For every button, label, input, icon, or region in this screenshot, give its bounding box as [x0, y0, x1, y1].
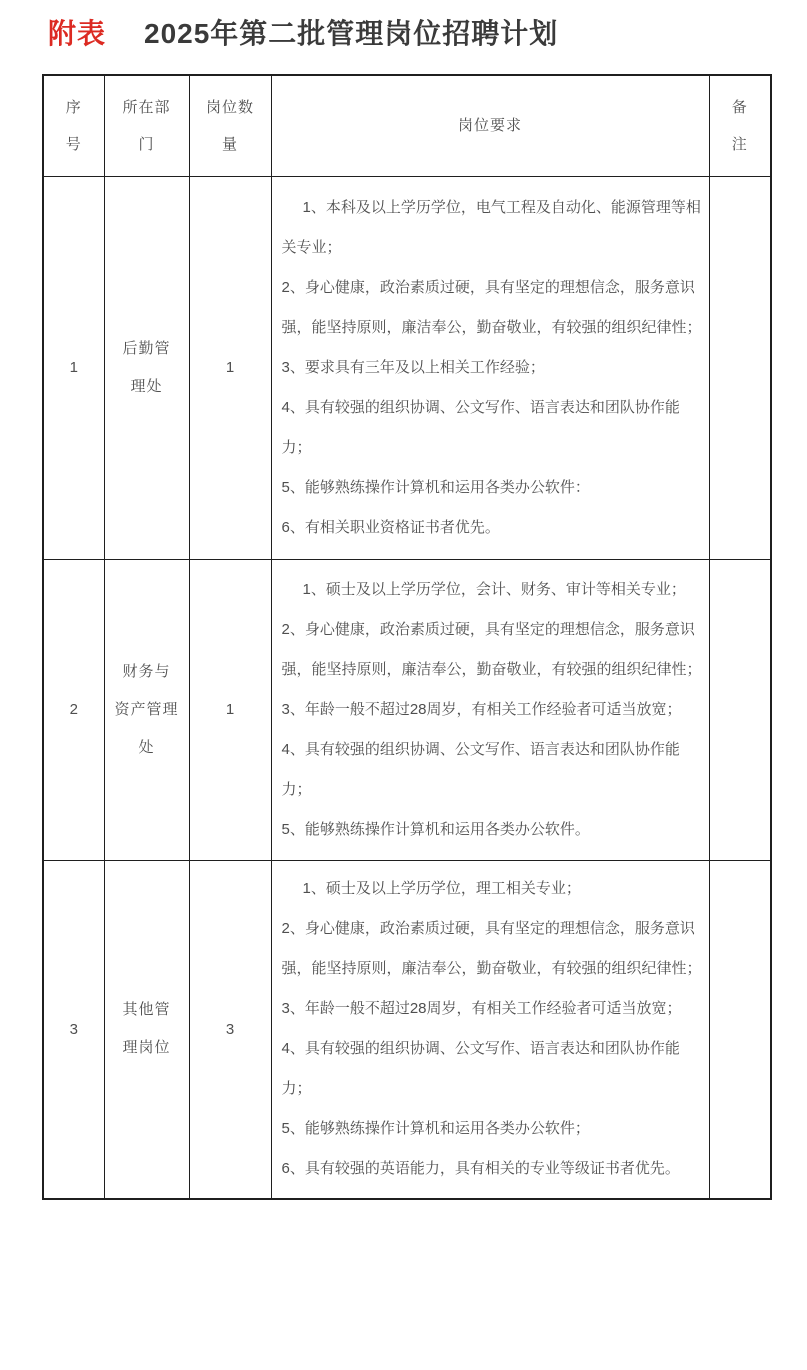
- position-count: 1: [189, 176, 271, 559]
- position-requirements: 1、硕士及以上学历学位，理工相关专业； 2、身心健康，政治素质过硬，具有坚定的理…: [271, 860, 709, 1199]
- table-row: 1 后勤管 理处 1 1、本科及以上学历学位，电气工程及自动化、能源管理等相关专…: [43, 176, 771, 559]
- requirement-item: 1、硕士及以上学历学位，会计、财务、审计等相关专业；: [282, 570, 705, 610]
- appendix-label: 附表: [48, 16, 106, 52]
- requirement-item: 2、身心健康，政治素质过硬，具有坚定的理想信念，服务意识强，能坚持原则，廉洁奉公…: [282, 909, 705, 989]
- position-requirements: 1、硕士及以上学历学位，会计、财务、审计等相关专业； 2、身心健康，政治素质过硬…: [271, 559, 709, 860]
- department-line: 后勤管: [105, 330, 189, 368]
- requirement-item: 4、具有较强的组织协调、公文写作、语言表达和团队协作能力；: [282, 730, 705, 810]
- col-header-serial: 序 号: [43, 75, 104, 176]
- serial-number: 2: [43, 559, 104, 860]
- header-line: 注: [710, 126, 771, 163]
- position-count: 3: [189, 860, 271, 1199]
- requirement-item: 6、有相关职业资格证书者优先。: [282, 508, 705, 548]
- table-row: 3 其他管 理岗位 3 1、硕士及以上学历学位，理工相关专业； 2、身心健康，政…: [43, 860, 771, 1199]
- header-line: 所在部: [105, 89, 189, 126]
- requirement-item: 1、硕士及以上学历学位，理工相关专业；: [282, 869, 705, 909]
- header-line: 门: [105, 126, 189, 163]
- header-line: 岗位数: [190, 89, 271, 126]
- requirement-item: 5、能够熟练操作计算机和运用各类办公软件；: [282, 1109, 705, 1149]
- requirement-item: 1、本科及以上学历学位，电气工程及自动化、能源管理等相关专业；: [282, 188, 705, 268]
- note-cell: [709, 860, 771, 1199]
- serial-number: 3: [43, 860, 104, 1199]
- col-header-requirements: 岗位要求: [271, 75, 709, 176]
- col-header-note: 备 注: [709, 75, 771, 176]
- header-line: 量: [190, 126, 271, 163]
- requirement-item: 5、能够熟练操作计算机和运用各类办公软件。: [282, 810, 705, 850]
- note-cell: [709, 176, 771, 559]
- col-header-count: 岗位数 量: [189, 75, 271, 176]
- department-line: 财务与: [105, 653, 189, 691]
- header-line: 序: [44, 89, 104, 126]
- requirement-item: 3、要求具有三年及以上相关工作经验；: [282, 348, 705, 388]
- requirement-item: 2、身心健康，政治素质过硬，具有坚定的理想信念，服务意识强，能坚持原则，廉洁奉公…: [282, 268, 705, 348]
- requirement-item: 4、具有较强的组织协调、公文写作、语言表达和团队协作能力；: [282, 1029, 705, 1109]
- department-name: 财务与 资产管理 处: [104, 559, 189, 860]
- note-cell: [709, 559, 771, 860]
- document-header: 附表 2025年第二批管理岗位招聘计划: [0, 0, 807, 52]
- requirement-item: 6、具有较强的英语能力，具有相关的专业等级证书者优先。: [282, 1149, 705, 1189]
- header-line: 备: [710, 89, 771, 126]
- department-line: 理处: [105, 368, 189, 406]
- document-page: 附表 2025年第二批管理岗位招聘计划 序 号 所在部 门 岗位数 量 岗位要求: [0, 0, 807, 1370]
- department-name: 其他管 理岗位: [104, 860, 189, 1199]
- requirement-item: 5、能够熟练操作计算机和运用各类办公软件：: [282, 468, 705, 508]
- recruitment-plan-table: 序 号 所在部 门 岗位数 量 岗位要求 备 注 1 后勤管 理处: [42, 74, 772, 1200]
- requirement-item: 3、年龄一般不超过28周岁，有相关工作经验者可适当放宽；: [282, 989, 705, 1029]
- department-line: 其他管: [105, 991, 189, 1029]
- page-title: 2025年第二批管理岗位招聘计划: [144, 16, 558, 52]
- department-line: 处: [105, 729, 189, 767]
- table-row: 2 财务与 资产管理 处 1 1、硕士及以上学历学位，会计、财务、审计等相关专业…: [43, 559, 771, 860]
- position-count: 1: [189, 559, 271, 860]
- requirement-item: 3、年龄一般不超过28周岁，有相关工作经验者可适当放宽；: [282, 690, 705, 730]
- requirement-item: 2、身心健康，政治素质过硬，具有坚定的理想信念，服务意识强，能坚持原则，廉洁奉公…: [282, 610, 705, 690]
- department-name: 后勤管 理处: [104, 176, 189, 559]
- department-line: 资产管理: [105, 691, 189, 729]
- header-line: 号: [44, 126, 104, 163]
- department-line: 理岗位: [105, 1029, 189, 1067]
- position-requirements: 1、本科及以上学历学位，电气工程及自动化、能源管理等相关专业； 2、身心健康，政…: [271, 176, 709, 559]
- col-header-department: 所在部 门: [104, 75, 189, 176]
- serial-number: 1: [43, 176, 104, 559]
- requirement-item: 4、具有较强的组织协调、公文写作、语言表达和团队协作能力；: [282, 388, 705, 468]
- header-line: 岗位要求: [272, 107, 709, 144]
- table-header-row: 序 号 所在部 门 岗位数 量 岗位要求 备 注: [43, 75, 771, 176]
